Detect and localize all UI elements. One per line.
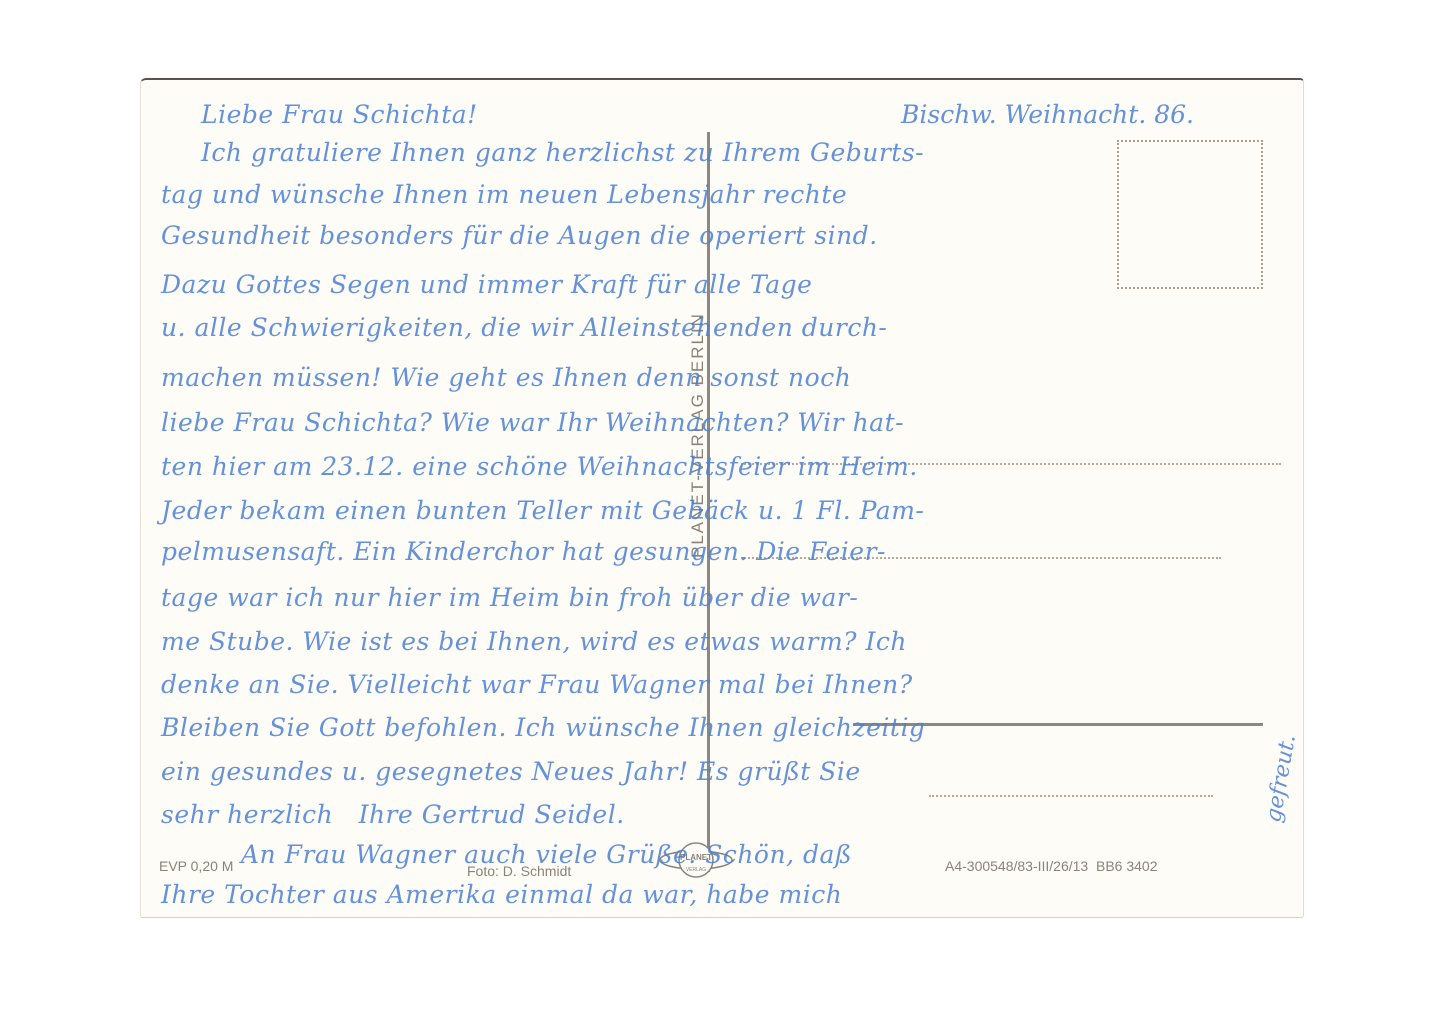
handwritten-line: u. alle Schwierigkeiten, die wir Alleins… [161,313,1283,342]
handwritten-line: An Frau Wagner auch viele Grüße. Schön, … [241,840,1283,869]
handwritten-line: Jeder bekam einen bunten Teller mit Gebä… [161,496,1283,525]
handwritten-line: Ihre Tochter aus Amerika einmal da war, … [161,880,1283,909]
handwritten-line: Bleiben Sie Gott befohlen. Ich wünsche I… [161,713,1283,742]
address-line-4 [929,795,1213,797]
handwritten-line: tag und wünsche Ihnen im neuen Lebensjah… [161,180,1283,209]
handwritten-line: ein gesundes u. gesegnetes Neues Jahr! E… [161,757,1283,786]
handwritten-line: tage war ich nur hier im Heim bin froh ü… [161,583,1283,612]
handwritten-line: me Stube. Wie ist es bei Ihnen, wird es … [161,627,1283,656]
handwritten-line: denke an Sie. Vielleicht war Frau Wagner… [161,670,1283,699]
handwritten-salutation: Liebe Frau Schichta! [201,100,1283,129]
handwritten-signature: sehr herzlich Ihre Gertrud Seidel. [161,800,1283,829]
handwritten-line: ten hier am 23.12. eine schöne Weihnacht… [161,452,1283,481]
handwritten-line: Gesundheit besonders für die Augen die o… [161,221,1283,250]
handwritten-line: Dazu Gottes Segen und immer Kraft für al… [161,270,1283,299]
handwritten-line: pelmusensaft. Ein Kinderchor hat gesunge… [161,537,1283,566]
postcard-back: Bischw. Weihnacht. 86. PLANET-VERLAG BER… [140,78,1304,918]
handwritten-line: Ich gratuliere Ihnen ganz herzlichst zu … [201,138,1283,167]
handwritten-line: machen müssen! Wie geht es Ihnen denn so… [161,363,1283,392]
price-label: EVP 0,20 M [159,858,233,874]
handwritten-line: liebe Frau Schichta? Wie war Ihr Weihnac… [161,408,1283,437]
